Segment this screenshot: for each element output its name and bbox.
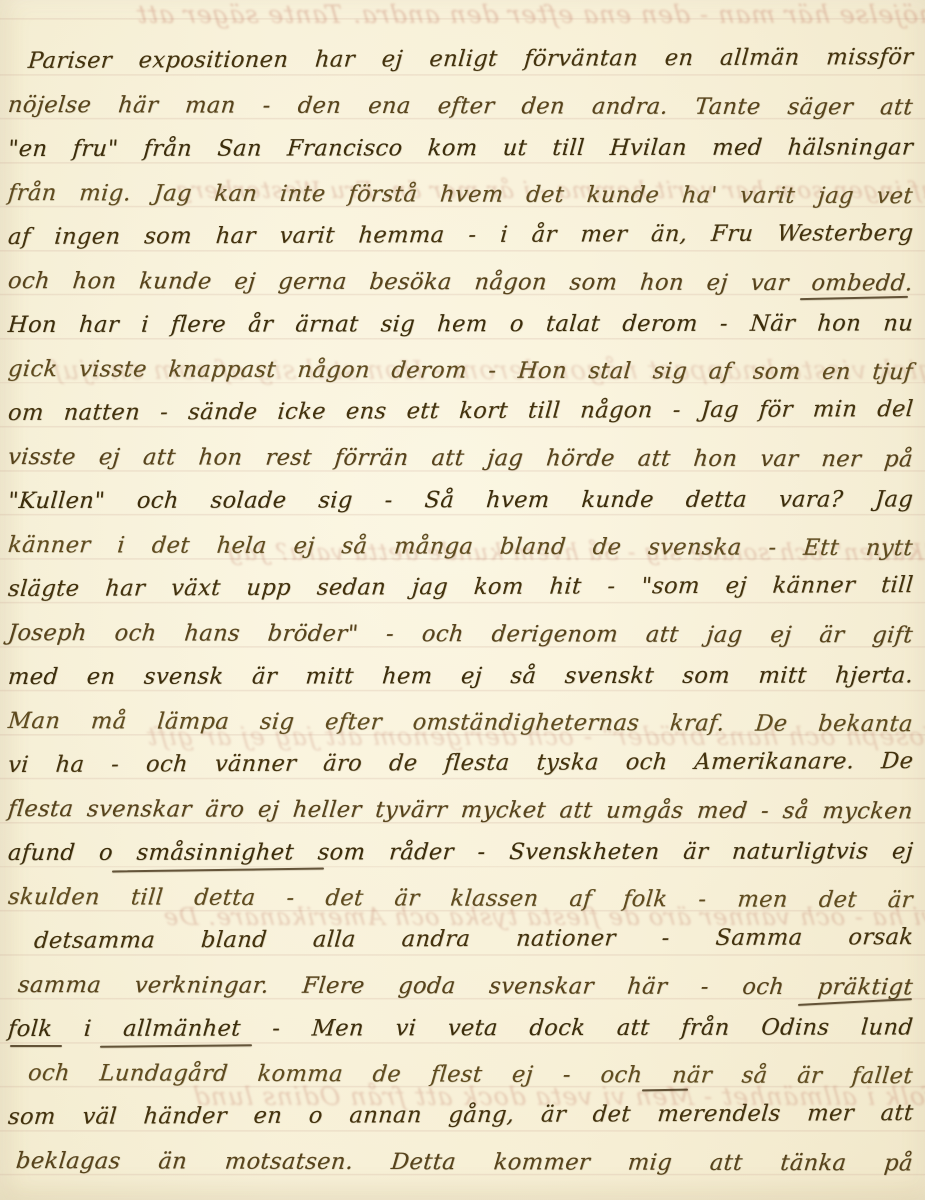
manuscript-text: Pariser expositionen har ej enligt förvä… [8,40,913,1184]
letter-page: nöjelse här man - den ena efter den andr… [0,0,925,1200]
handwriting-line: af ingen som har varit hemma - i år mer … [6,212,915,260]
handwriting-line: som väl händer en o annan gång, är det m… [6,1092,915,1140]
handwriting-line: med en svensk är mitt hem ej så svenskt … [6,654,915,700]
handwriting-line: "Kullen" och solade sig - Så hvem kunde … [6,478,915,524]
handwriting-line: visste ej att hon rest förrän att jag hö… [6,436,915,482]
bleed-through-line: nöjelse här man - den ena efter den andr… [0,0,925,29]
handwriting-line: beklagas än motsatsen. Detta kommer mig … [6,1140,915,1186]
handwriting-line: om natten - sände icke ens ett kort till… [6,388,915,436]
handwriting-line: slägte har växt upp sedan jag kom hit - … [6,564,915,612]
handwriting-line: detsamma bland alla andra nationer - Sam… [6,916,915,964]
handwriting-line: Joseph och hans bröder" - och derigenom … [6,612,915,658]
handwriting-line: vi ha - och vänner äro de flesta tyska o… [6,740,915,788]
handwriting-line: samma verkningar. Flere goda svenskar hä… [6,964,915,1010]
handwriting-line: och hon kunde ej gerna besöka någon som … [6,260,915,306]
handwriting-line: "en fru" från San Francisco kom ut till … [6,126,915,172]
handwriting-line: Pariser expositionen har ej enligt förvä… [6,36,915,84]
handwriting-line: nöjelse här man - den ena efter den andr… [6,84,915,130]
handwriting-line: Hon har i flere år ärnat sig hem o talat… [6,302,915,348]
handwriting-line: flesta svenskar äro ej heller tyvärr myc… [6,788,915,834]
